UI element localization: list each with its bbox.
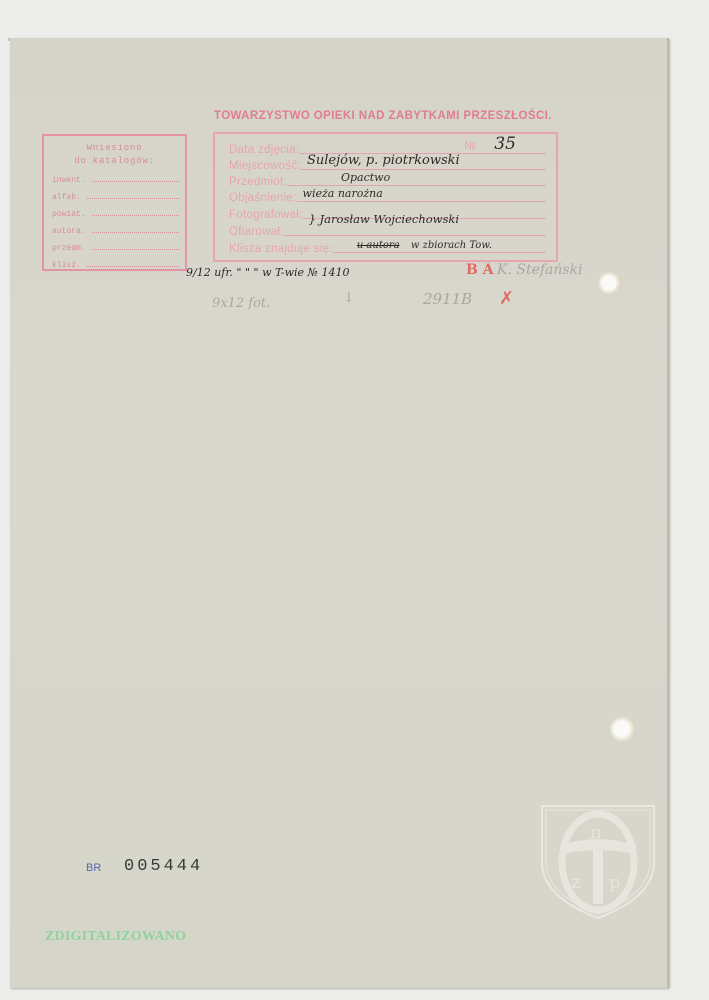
ink-annotation: 9/12 ufr. " " " w T-wie № 1410	[186, 266, 349, 279]
svg-text:z: z	[571, 872, 580, 893]
pencil-code: 2911B	[423, 290, 472, 308]
field-description: Objaśnienie: wieża narożna	[229, 187, 546, 204]
subject-value: Opactwo	[341, 171, 390, 184]
punch-hole-top	[598, 272, 622, 294]
catalog-stamp: Wniesiono do katalogów: inwent. alfab. p…	[42, 134, 187, 271]
catalog-title-line2: do katalogów:	[44, 155, 185, 168]
pencil-name: K. Stefański	[497, 262, 583, 278]
catalog-row-autora: autora.	[44, 219, 185, 236]
catalog-title-line1: Wniesiono	[44, 142, 185, 155]
catalog-row-powiat: powiat.	[44, 202, 185, 219]
struck-value: u autora	[357, 240, 400, 251]
catalog-row-klisz: klisz.	[44, 253, 185, 270]
inventory-prefix: BR	[86, 862, 101, 874]
card-number: 35	[494, 134, 516, 154]
society-header: TOWARZYSTWO OPIEKI NAD ZABYTKAMI PRZESZŁ…	[214, 110, 564, 122]
svg-text:n: n	[590, 822, 602, 843]
field-donor: Ofiarował:	[229, 221, 546, 238]
field-subject: Przedmiot: Opactwo	[229, 171, 546, 188]
digitized-stamp: ZDIGITALIZOWANO	[45, 929, 186, 945]
description-value: wieża narożna	[303, 187, 383, 200]
negative-location-value: w zbiorach Tow.	[411, 240, 576, 251]
svg-text:p: p	[609, 872, 621, 893]
record-card-stamp: Data zdjęcia: № 35 Miejscowość: Sulejów,…	[213, 132, 558, 262]
field-location: Miejscowość: Sulejów, p. piotrkowski	[229, 155, 546, 172]
watermark-logo-icon: n z p	[537, 802, 659, 920]
field-photographer: Fotografował: } Jarosław Wojciechowski	[229, 204, 546, 221]
inventory-number: 005444	[124, 857, 203, 876]
catalog-row-alfab: alfab.	[44, 185, 185, 202]
catalog-stamp-title: Wniesiono do katalogów:	[44, 142, 185, 168]
red-marks: B A	[466, 262, 494, 278]
location-value: Sulejów, p. piotrkowski	[307, 153, 460, 168]
number-label: №	[464, 140, 476, 152]
punch-hole-bottom	[610, 716, 636, 742]
red-check: ✗	[499, 288, 514, 309]
pencil-format: 9x12 fot.	[212, 296, 270, 311]
pencil-arrow: ↓	[343, 290, 355, 306]
catalog-row-inwent: inwent.	[44, 168, 185, 185]
catalog-row-przedm: przedm.	[44, 236, 185, 253]
field-negative-location: Klisza znajduje się: u autora w zbiorach…	[229, 238, 546, 255]
